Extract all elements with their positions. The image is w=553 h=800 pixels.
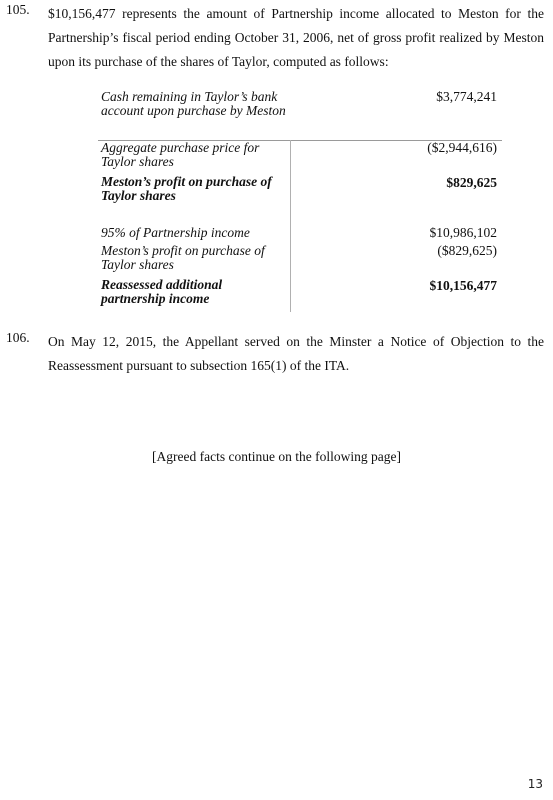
table-row-value: $829,625 [446, 176, 497, 190]
table-row-label: Meston’s profit on purchase of Taylor sh… [101, 175, 286, 203]
paragraph-text: $10,156,477 represents the amount of Par… [48, 2, 544, 74]
table-row-label: Reassessed additional partnership income [101, 278, 286, 306]
paragraph-number: 105. [6, 2, 30, 18]
table-row-value: $10,986,102 [430, 226, 498, 240]
table-row-label: Meston’s profit on purchase of Taylor sh… [101, 244, 286, 272]
table-row-value: ($829,625) [437, 244, 497, 258]
paragraph-number: 106. [6, 330, 30, 346]
table-row-label: Aggregate purchase price for Taylor shar… [101, 141, 286, 169]
table-row-value: $3,774,241 [436, 90, 497, 104]
continuation-note: [Agreed facts continue on the following … [0, 449, 553, 465]
page-number: 13 [528, 777, 543, 791]
computation-table: Cash remaining in Taylor’s bank account … [98, 88, 502, 314]
table-row-label: 95% of Partnership income [101, 226, 286, 240]
paragraph-text: On May 12, 2015, the Appellant served on… [48, 330, 544, 378]
table-row-label: Cash remaining in Taylor’s bank account … [101, 90, 286, 118]
table-row-value: ($2,944,616) [427, 141, 497, 155]
table-row-value: $10,156,477 [430, 279, 498, 293]
table-divider-vertical [290, 140, 291, 312]
